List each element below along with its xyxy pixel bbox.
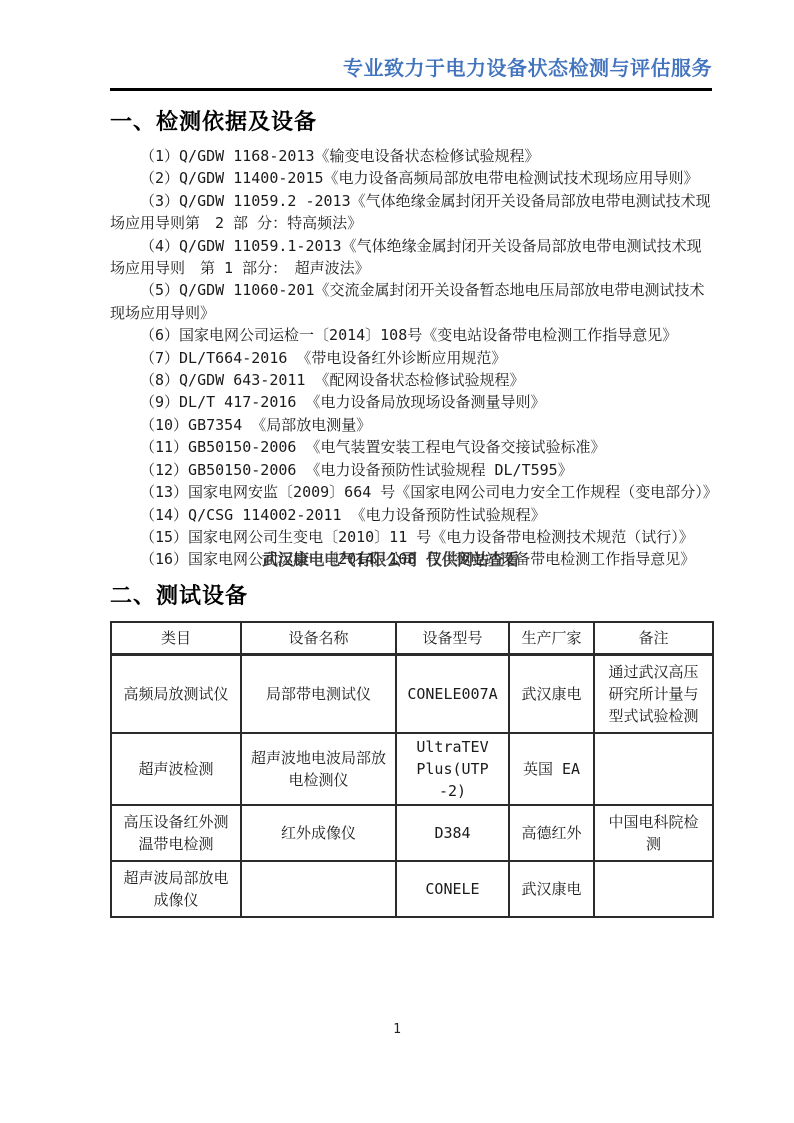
standard-item-1: （1）Q/GDW 1168-2013《输变电设备状态检修试验规程》: [110, 145, 712, 167]
cell-manufacturer: 武汉康电: [509, 861, 594, 917]
cell-name: 局部带电测试仪: [241, 654, 396, 733]
cell-manufacturer: 高德红外: [509, 805, 594, 861]
standard-item-12: （12）GB50150-2006 《电力设备预防性试验规程 DL/T595》: [110, 459, 712, 481]
cell-name: 红外成像仪: [241, 805, 396, 861]
standard-item-7: （7）DL/T664-2016 《带电设备红外诊断应用规范》: [110, 347, 712, 369]
cell-remark: [594, 733, 713, 805]
standard-item-9: （9）DL/T 417-2016 《电力设备局放现场设备测量导则》: [110, 391, 712, 413]
cell-remark: 通过武汉高压研究所计量与型式试验检测: [594, 654, 713, 733]
col-header-remark: 备注: [594, 622, 713, 655]
cell-remark: 中国电科院检测: [594, 805, 713, 861]
cell-model: CONELE: [396, 861, 509, 917]
standard-item-16: （16）国家电网公司运检一〔2014〕108 号《变电站设备带电检测工作指导意见…: [110, 548, 712, 570]
cell-name: 超声波地电波局部放电检测仪: [241, 733, 396, 805]
table-header-row: 类目 设备名称 设备型号 生产厂家 备注: [111, 622, 713, 655]
cell-manufacturer: 武汉康电: [509, 654, 594, 733]
table-row: 高频局放测试仪 局部带电测试仪 CONELE007A 武汉康电 通过武汉高压研究…: [111, 654, 713, 733]
header-rule: [110, 88, 712, 91]
col-header-model: 设备型号: [396, 622, 509, 655]
cell-name: [241, 861, 396, 917]
standard-item-15: （15）国家电网公司生变电〔2010〕11 号《电力设备带电检测技术规范（试行）…: [110, 526, 712, 548]
standard-item-10: （10）GB7354 《局部放电测量》: [110, 414, 712, 436]
standard-item-3: （3）Q/GDW 11059.2 -2013《气体绝缘金属封闭开关设备局部放电带…: [110, 190, 712, 235]
standard-item-4: （4）Q/GDW 11059.1-2013《气体绝缘金属封闭开关设备局部放电带电…: [110, 235, 712, 280]
header-slogan: 专业致力于电力设备状态检测与评估服务: [110, 56, 712, 82]
cell-category: 高压设备红外测温带电检测: [111, 805, 241, 861]
col-header-category: 类目: [111, 622, 241, 655]
col-header-name: 设备名称: [241, 622, 396, 655]
table-row: 高压设备红外测温带电检测 红外成像仪 D384 高德红外 中国电科院检测: [111, 805, 713, 861]
cell-category: 超声波检测: [111, 733, 241, 805]
standard-item-2: （2）Q/GDW 11400-2015《电力设备高频局部放电带电检测试技术现场应…: [110, 167, 712, 189]
standard-item-5: （5）Q/GDW 11060-201《交流金属封闭开关设备暂态地电压局部放电带电…: [110, 279, 712, 324]
col-header-manufacturer: 生产厂家: [509, 622, 594, 655]
cell-model: D384: [396, 805, 509, 861]
cell-category: 超声波局部放电成像仪: [111, 861, 241, 917]
standard-item-11: （11）GB50150-2006 《电气装置安装工程电气设备交接试验标准》: [110, 436, 712, 458]
standards-list: （1）Q/GDW 1168-2013《输变电设备状态检修试验规程》 （2）Q/G…: [110, 145, 712, 571]
standard-item-13: （13）国家电网安监〔2009〕664 号《国家电网公司电力安全工作规程（变电部…: [110, 481, 712, 503]
document-page: 专业致力于电力设备状态检测与评估服务 一、检测依据及设备 （1）Q/GDW 11…: [0, 0, 794, 1123]
cell-category: 高频局放测试仪: [111, 654, 241, 733]
section2-title: 二、测试设备: [110, 581, 712, 611]
table-row: 超声波检测 超声波地电波局部放电检测仪 UltraTEV Plus(UTP -2…: [111, 733, 713, 805]
cell-model: CONELE007A: [396, 654, 509, 733]
cell-manufacturer: 英国 EA: [509, 733, 594, 805]
cell-remark: [594, 861, 713, 917]
standard-item-6: （6）国家电网公司运检一〔2014〕108号《变电站设备带电检测工作指导意见》: [110, 324, 712, 346]
cell-model: UltraTEV Plus(UTP -2): [396, 733, 509, 805]
table-row: 超声波局部放电成像仪 CONELE 武汉康电: [111, 861, 713, 917]
page-number: 1: [0, 1022, 794, 1037]
section1-title: 一、检测依据及设备: [110, 107, 712, 137]
standard-item-8: （8）Q/GDW 643-2011 《配网设备状态检修试验规程》: [110, 369, 712, 391]
standard-item-14: （14）Q/CSG 114002-2011 《电力设备预防性试验规程》: [110, 504, 712, 526]
equipment-table: 类目 设备名称 设备型号 生产厂家 备注 高频局放测试仪 局部带电测试仪 CON…: [110, 621, 714, 918]
content-area: 专业致力于电力设备状态检测与评估服务 一、检测依据及设备 （1）Q/GDW 11…: [110, 0, 712, 918]
